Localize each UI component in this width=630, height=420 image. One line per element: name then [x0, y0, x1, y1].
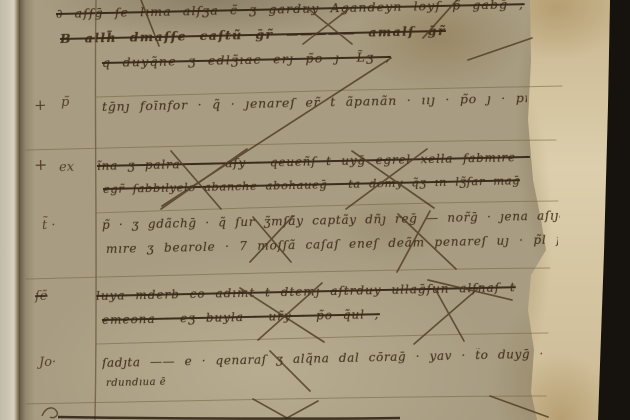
- manuscript-text-line: rdundıua ē: [106, 377, 166, 389]
- margin-label: p̃: [61, 95, 70, 110]
- manuscript-photo: + p̃ + ex t̃ · ſẽ Jo· ∂ aſſḡ ſe lıma alſ…: [0, 0, 630, 420]
- margin-label: ex: [59, 160, 75, 176]
- margin-label: t̃ ·: [42, 218, 56, 233]
- margin-label: Jo·: [39, 355, 57, 371]
- margin-cross-mark: +: [34, 155, 48, 174]
- margin-label: ſẽ: [35, 289, 48, 304]
- margin-cross-mark: +: [34, 96, 47, 114]
